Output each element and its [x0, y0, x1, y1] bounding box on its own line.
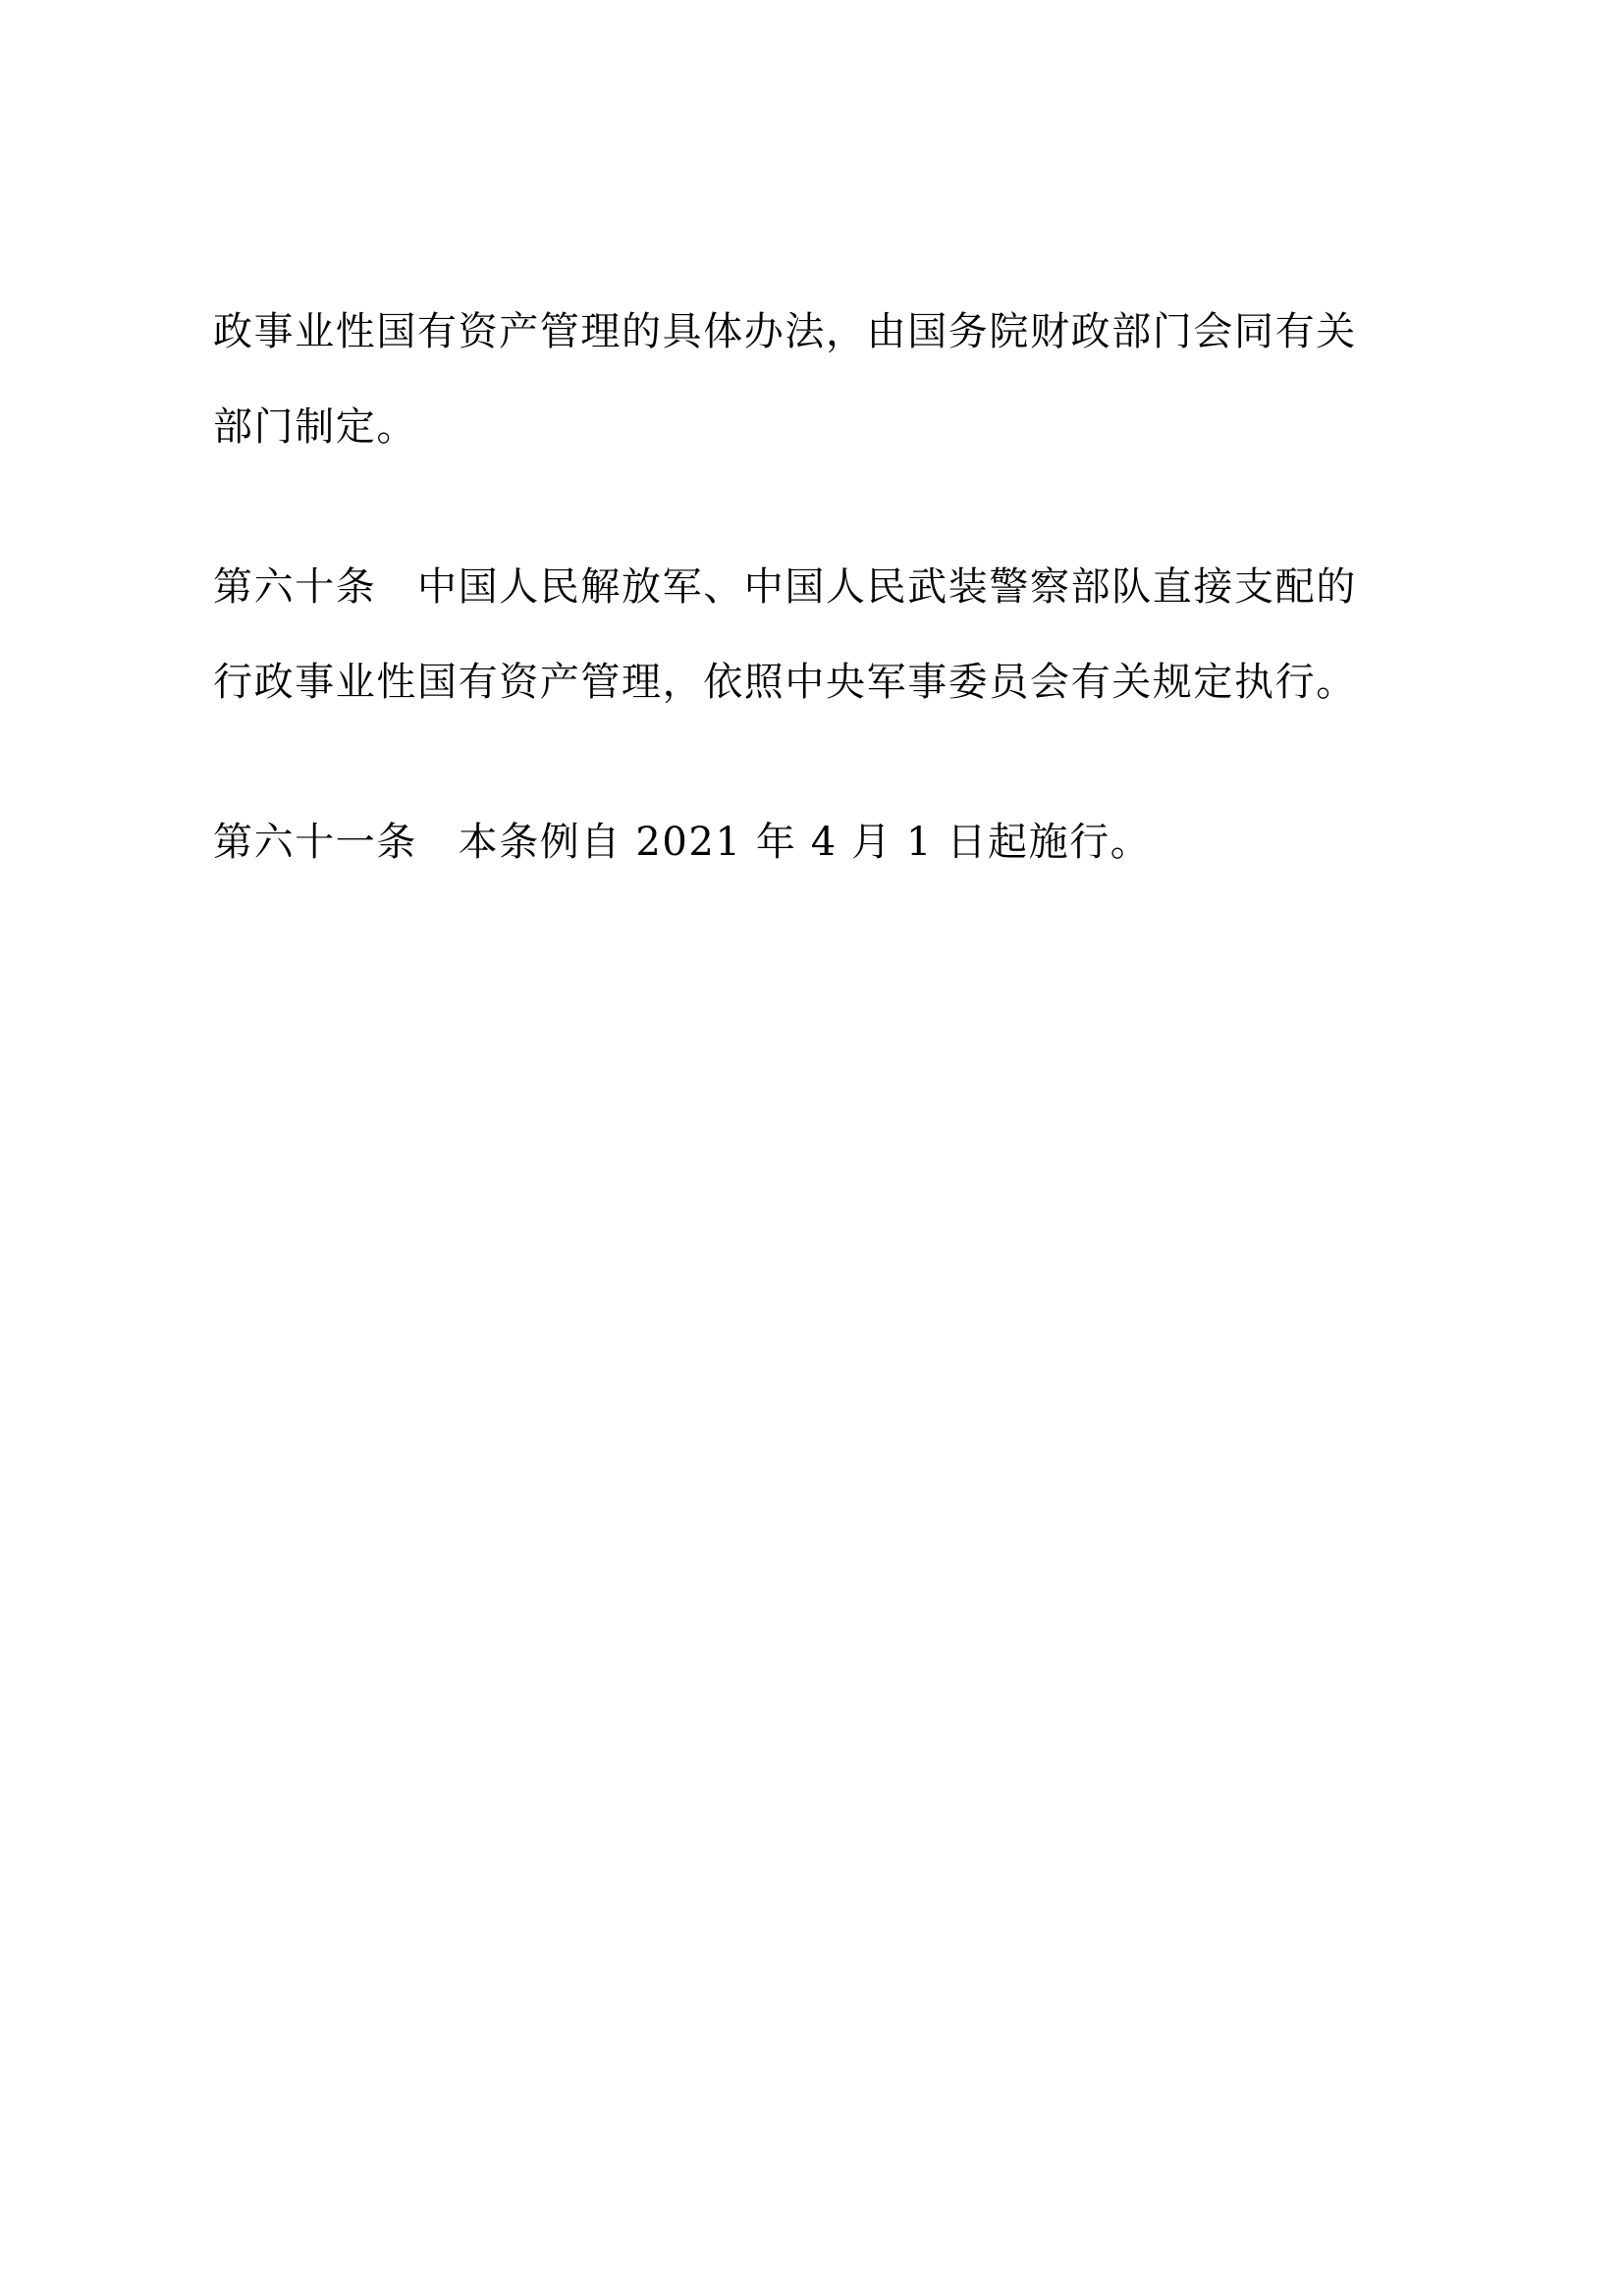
- article-60-line: 第六十条 中国人民解放军、中国人民武装警察部队直接支配的: [213, 560, 1357, 614]
- article-61-line: 第六十一条 本条例自 2021 年 4 月 1 日起施行。: [213, 815, 1151, 870]
- article-60-line: 行政事业性国有资产管理，依照中央军事委员会有关规定执行。: [213, 655, 1357, 710]
- paragraph-line: 政事业性国有资产管理的具体办法，由国务院财政部门会同有关: [213, 304, 1357, 359]
- document-page: 政事业性国有资产管理的具体办法，由国务院财政部门会同有关 部门制定。 第六十条 …: [0, 0, 1624, 2296]
- paragraph-line: 部门制定。: [213, 400, 417, 454]
